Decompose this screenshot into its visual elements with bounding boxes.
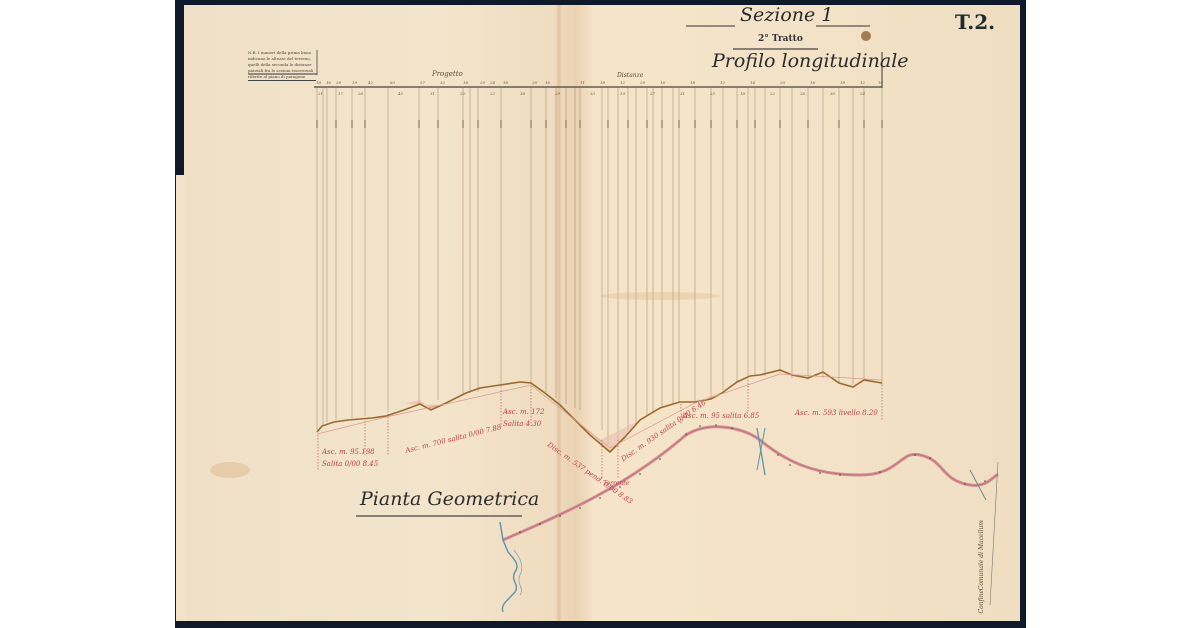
svg-text:20: 20 xyxy=(459,91,466,96)
profile-title: Profilo longitudinale xyxy=(712,50,909,72)
svg-text:18: 18 xyxy=(316,80,322,85)
svg-text:22: 22 xyxy=(489,91,496,96)
boundary-label-confine: Confine xyxy=(978,590,985,613)
svg-text:26: 26 xyxy=(335,80,342,85)
svg-text:12: 12 xyxy=(620,80,626,85)
svg-text:24: 24 xyxy=(489,80,496,85)
svg-text:38: 38 xyxy=(520,91,526,96)
svg-text:33: 33 xyxy=(590,91,596,96)
svg-text:31: 31 xyxy=(430,91,435,96)
svg-text:16: 16 xyxy=(545,80,551,85)
svg-text:21: 21 xyxy=(317,91,323,96)
svg-text:19: 19 xyxy=(620,91,626,96)
svg-text:16: 16 xyxy=(326,80,332,85)
svg-text:18: 18 xyxy=(463,80,469,85)
svg-text:18: 18 xyxy=(740,91,746,96)
svg-text:45: 45 xyxy=(397,91,404,96)
grade-note: Asc. m. 593 livello 8.20 xyxy=(795,409,878,417)
river-label: Torrente xyxy=(603,480,629,487)
svg-text:83: 83 xyxy=(390,80,396,85)
svg-text:30: 30 xyxy=(830,91,836,96)
profile-header-progetto: Progetto xyxy=(432,70,463,78)
svg-text:11: 11 xyxy=(580,80,585,85)
svg-text:22: 22 xyxy=(769,91,776,96)
sheet-number: T.2. xyxy=(955,10,995,34)
grade-note: Salita 0/00 8.45 xyxy=(322,460,378,468)
svg-text:19: 19 xyxy=(352,80,358,85)
svg-text:20: 20 xyxy=(779,80,786,85)
svg-text:42: 42 xyxy=(367,80,374,85)
svg-text:57: 57 xyxy=(420,80,426,85)
svg-text:18: 18 xyxy=(690,80,696,85)
grade-note: Asc. m. 95.198 xyxy=(322,448,375,456)
grade-note: Salita 4.30 xyxy=(503,420,541,428)
svg-text:18: 18 xyxy=(840,80,846,85)
svg-text:20: 20 xyxy=(639,80,646,85)
grade-note: Asc. m. 172 xyxy=(503,408,544,416)
grade-note: Asc. m. 95 salita 6.85 xyxy=(683,412,759,420)
svg-text:29: 29 xyxy=(554,91,561,96)
svg-text:26: 26 xyxy=(531,80,538,85)
plan-title: Pianta Geometrica xyxy=(360,488,539,510)
svg-text:12: 12 xyxy=(720,80,726,85)
svg-text:16: 16 xyxy=(810,80,816,85)
svg-text:18: 18 xyxy=(503,80,509,85)
svg-text:12: 12 xyxy=(860,80,866,85)
svg-text:17: 17 xyxy=(338,91,344,96)
svg-text:16: 16 xyxy=(660,80,666,85)
svg-text:18: 18 xyxy=(600,80,606,85)
svg-text:24: 24 xyxy=(859,91,866,96)
svg-text:32: 32 xyxy=(440,80,446,85)
section-subtitle: 2° Tratto xyxy=(758,34,803,44)
section-title: Sezione 1 xyxy=(740,4,833,26)
svg-text:27: 27 xyxy=(649,91,656,96)
profile-header-distanze: Distanze xyxy=(617,72,643,79)
svg-text:20: 20 xyxy=(479,80,486,85)
boundary-label-comunale: Comunale di Macellum xyxy=(978,520,985,590)
svg-text:25: 25 xyxy=(709,91,716,96)
svg-text:31: 31 xyxy=(680,91,685,96)
svg-text:26: 26 xyxy=(799,91,806,96)
note-text: N.B. I numeri della prima linea indicano… xyxy=(248,50,316,81)
svg-text:14: 14 xyxy=(750,80,756,85)
svg-text:19: 19 xyxy=(878,80,884,85)
engineering-drawing: 181626 194283 573218 202418 261611 18122… xyxy=(0,0,1200,628)
svg-text:28: 28 xyxy=(357,91,364,96)
